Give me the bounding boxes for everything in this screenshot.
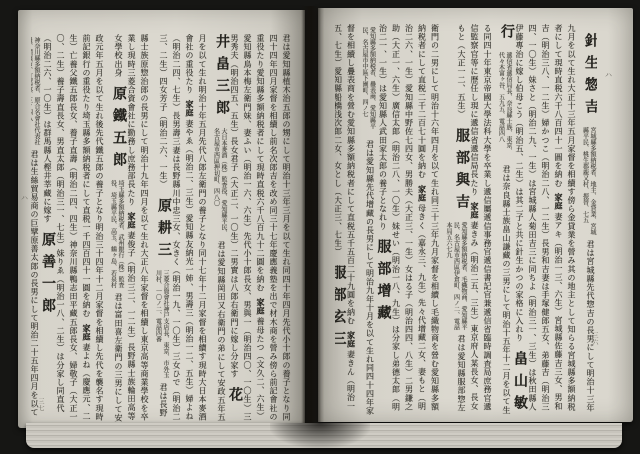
left-page-number: 三七 xyxy=(36,398,45,412)
right-page-text-columns: 針生惣吉宮城縣多額納税者、地主、金貸業、宮城縣平民、桃生郡鹿又村、振替、七五君は… xyxy=(335,24,597,418)
family-section-label: 家庭 xyxy=(127,212,136,229)
left-kana-section-marker: ハ xyxy=(21,193,28,203)
family-section-label: 家庭 xyxy=(347,331,356,348)
entry-heading: 原鐵五郎 xyxy=(111,86,126,174)
page-edge-stack-shadow xyxy=(270,423,370,448)
entry-heading: 服部與吉 xyxy=(454,128,469,216)
right-page: 針生惣吉宮城縣多額納税者、地主、金貸業、宮城縣平民、桃生郡鹿又村、振替、七五君は… xyxy=(318,8,633,422)
entry-heading: 服部玄三 xyxy=(335,265,346,353)
entry-heading: 服部增藏 xyxy=(376,239,391,327)
entry-annotation: 埼玉縣多額納税者、武州銀行（株）監査役、埼玉縣平民、高玉、鶴ヶ島、若泉村 xyxy=(108,180,123,292)
entry-annotation: 遞信省遞信局長、奈良縣士族、東京、代々木富ヶ谷、五九五、電話四八 xyxy=(496,52,511,164)
entry-annotation: 神奈川縣多額納税者、原合名會社代表社員、横濱市、紅葉坂、三ノ四八 xyxy=(31,37,39,149)
entry-heading: 針生惣吉 xyxy=(583,33,597,121)
left-page: 君は愛知縣植木治五郎の甥にして明治十三年三月を以て生れ同四十年四月先代小十郎の養… xyxy=(18,10,305,428)
right-kana-section-marker: ハ xyxy=(605,70,612,80)
family-section-label: 家庭 xyxy=(82,324,91,341)
family-section-label: 家庭 xyxy=(554,193,563,210)
scanned-book-photo: { "book": { "right": { "page_number": "三… xyxy=(0,0,640,454)
entry-heading: 原耕三 xyxy=(156,198,171,264)
family-section-label: 家庭 xyxy=(185,100,194,117)
book-gutter-shadow xyxy=(301,6,321,436)
left-page-text-columns: 君は愛知縣植木治五郎の甥にして明治十三年三月を以て生れ同四十年四月先代小十郎の養… xyxy=(31,34,293,424)
family-section-label: 家庭 xyxy=(418,185,427,202)
entry-annotation: 愛知縣多額納税者、疊表商、愛知縣平民、名古屋市中區下園町、四ノ七 xyxy=(360,27,375,139)
entry-annotation: 愛知縣多額納税者、毛織物商、愛知縣平民、名古屋市西區伊倉町、四ノ二、電話本局五六… xyxy=(444,222,467,334)
right-page-number: 三六 xyxy=(590,332,599,346)
family-section-label: 家庭 xyxy=(256,298,265,315)
entry-annotation: 三菱合資會社神戸支店長、東京、市外玉川村、一〇ノ二、電話四番 xyxy=(153,270,168,382)
entry-annotation: 大日本麥酒（株）監査役、愛知縣平民、名古屋市西區押切町、四八〇 xyxy=(211,128,226,240)
family-section-label: 家庭 xyxy=(470,202,479,219)
entry-heading: 原善一郎 xyxy=(40,232,55,320)
entry-annotation: 宮城縣多額納税者、地主、金貸業、宮城縣平民、桃生郡鹿又村、振替、七五 xyxy=(580,127,595,239)
